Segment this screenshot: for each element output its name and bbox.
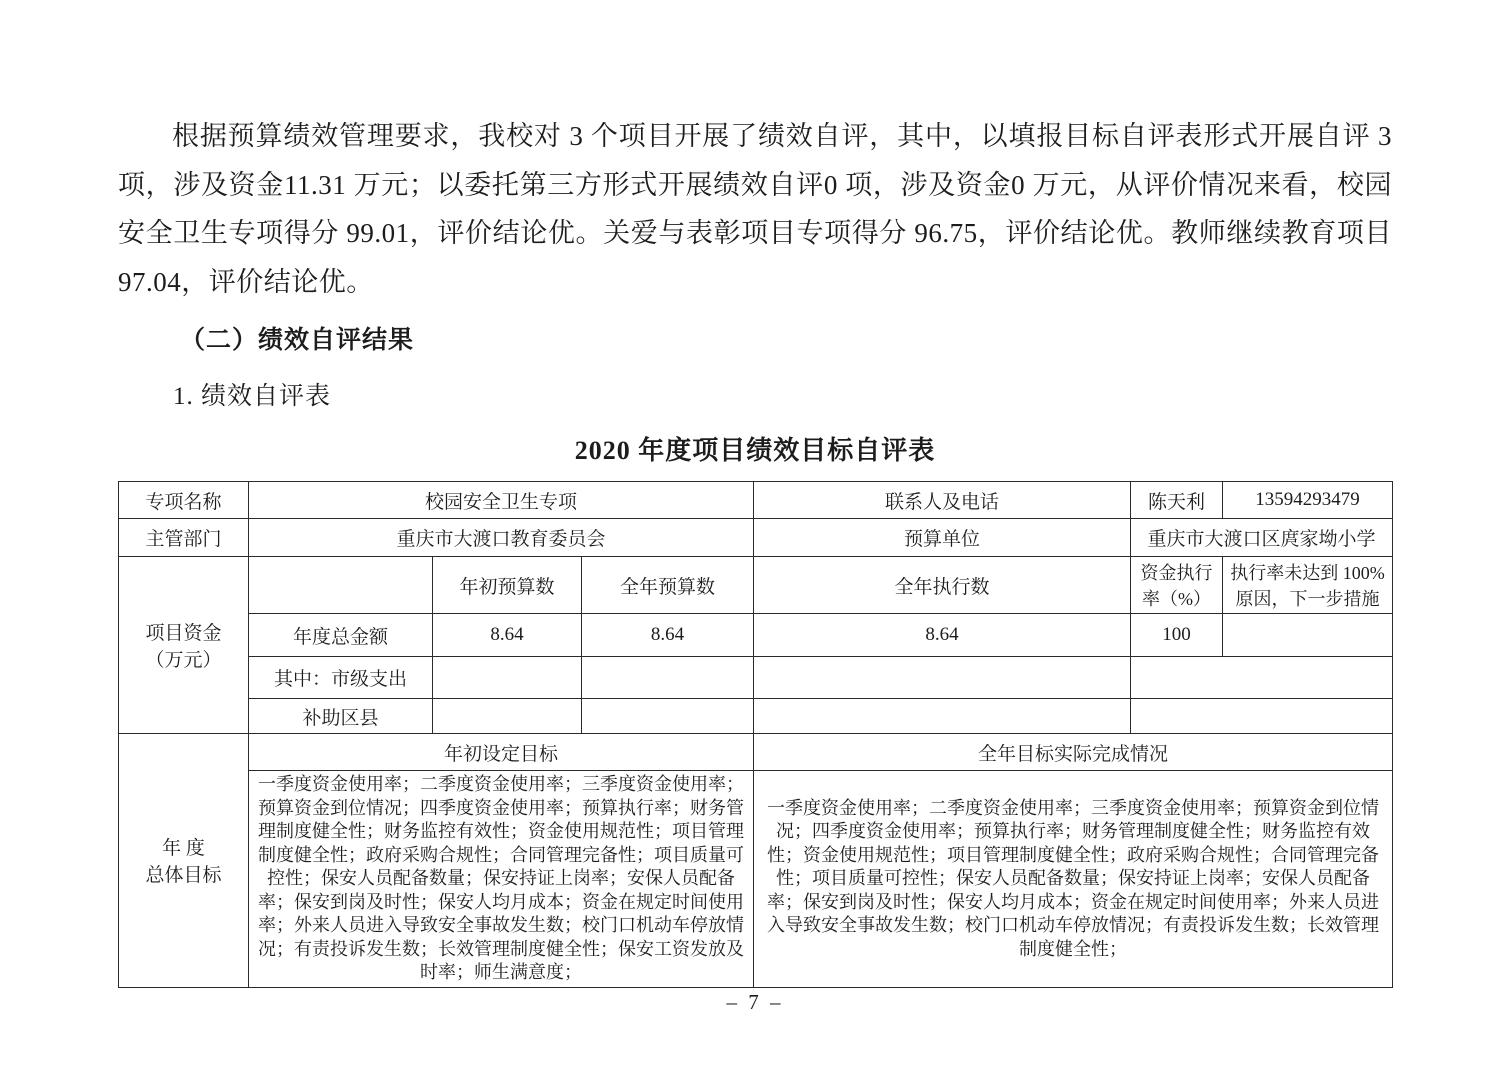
table-row: 一季度资金使用率；二季度资金使用率；三季度资金使用率；预算资金到位情况；四季度资… xyxy=(119,771,1393,988)
intro-paragraph: 根据预算绩效管理要求，我校对 3 个项目开展了绩效自评，其中，以填报目标自评表形… xyxy=(118,112,1392,306)
cell-subsidy-rate-reason xyxy=(1131,699,1393,734)
self-evaluation-table: 专项名称 校园安全卫生专项 联系人及电话 陈天利 13594293479 主管部… xyxy=(118,481,1393,988)
table-row: 专项名称 校园安全卫生专项 联系人及电话 陈天利 13594293479 xyxy=(119,482,1393,519)
cell-project-funds-label: 项目资金 （万元） xyxy=(119,557,249,734)
cell-contact-phone: 13594293479 xyxy=(1223,482,1393,519)
table-row: 项目资金 （万元） 年初预算数 全年预算数 全年执行数 资金执行率（%） 执行率… xyxy=(119,557,1393,614)
annual-goal-label-line1: 年 度 xyxy=(125,833,242,860)
cell-city-expense-annual xyxy=(582,657,754,699)
cell-department-label: 主管部门 xyxy=(119,519,249,557)
cell-annual-total-initial: 8.64 xyxy=(433,614,582,657)
cell-actual-goal-header: 全年目标实际完成情况 xyxy=(754,734,1393,771)
table-row: 年 度 总体目标 年初设定目标 全年目标实际完成情况 xyxy=(119,734,1393,771)
cell-col-execution-reason: 执行率未达到 100% 原因，下一步措施 xyxy=(1223,557,1393,614)
cell-annual-total-rate: 100 xyxy=(1131,614,1223,657)
table-row: 主管部门 重庆市大渡口教育委员会 预算单位 重庆市大渡口区庹家坳小学 xyxy=(119,519,1393,557)
cell-subsidy-initial xyxy=(433,699,582,734)
cell-set-goal-text: 一季度资金使用率；二季度资金使用率；三季度资金使用率；预算资金到位情况；四季度资… xyxy=(249,771,754,988)
cell-actual-goal-text: 一季度资金使用率；二季度资金使用率；三季度资金使用率；预算资金到位情况；四季度资… xyxy=(754,771,1393,988)
cell-annual-total-label: 年度总金额 xyxy=(249,614,433,657)
cell-col-annual-budget: 全年预算数 xyxy=(582,557,754,614)
cell-col-execution-rate: 资金执行率（%） xyxy=(1131,557,1223,614)
cell-city-expense-label: 其中：市级支出 xyxy=(249,657,433,699)
project-funds-label-line2: （万元） xyxy=(125,645,242,672)
cell-annual-total-reason xyxy=(1223,614,1393,657)
table-row: 其中：市级支出 xyxy=(119,657,1393,699)
section-heading: （二）绩效自评结果 xyxy=(118,320,1392,356)
subsection-heading: 1. 绩效自评表 xyxy=(118,376,1392,412)
cell-budget-unit-label: 预算单位 xyxy=(754,519,1131,557)
cell-contact-name: 陈天利 xyxy=(1131,482,1223,519)
cell-project-name-label: 专项名称 xyxy=(119,482,249,519)
cell-subsidy-label: 补助区县 xyxy=(249,699,433,734)
table-row: 补助区县 xyxy=(119,699,1393,734)
cell-budget-unit-value: 重庆市大渡口区庹家坳小学 xyxy=(1131,519,1393,557)
cell-annual-total-annual: 8.64 xyxy=(582,614,754,657)
cell-col-initial-budget: 年初预算数 xyxy=(433,557,582,614)
cell-subsidy-annual xyxy=(582,699,754,734)
cell-annual-goal-label: 年 度 总体目标 xyxy=(119,734,249,988)
table-title: 2020 年度项目绩效目标自评表 xyxy=(118,430,1392,467)
cell-city-expense-rate-reason xyxy=(1131,657,1393,699)
table-row: 年度总金额 8.64 8.64 8.64 100 xyxy=(119,614,1393,657)
project-funds-label-line1: 项目资金 xyxy=(125,618,242,645)
cell-project-name-value: 校园安全卫生专项 xyxy=(249,482,754,519)
cell-col-annual-execution: 全年执行数 xyxy=(754,557,1131,614)
cell-contact-label: 联系人及电话 xyxy=(754,482,1131,519)
cell-city-expense-executed xyxy=(754,657,1131,699)
cell-subsidy-executed xyxy=(754,699,1131,734)
annual-goal-label-line2: 总体目标 xyxy=(125,860,242,887)
cell-department-value: 重庆市大渡口教育委员会 xyxy=(249,519,754,557)
page-number: – 7 – xyxy=(118,990,1392,1015)
cell-set-goal-header: 年初设定目标 xyxy=(249,734,754,771)
cell-funds-blank xyxy=(249,557,433,614)
document-page: 根据预算绩效管理要求，我校对 3 个项目开展了绩效自评，其中，以填报目标自评表形… xyxy=(0,0,1510,1075)
cell-city-expense-initial xyxy=(433,657,582,699)
cell-annual-total-executed: 8.64 xyxy=(754,614,1131,657)
